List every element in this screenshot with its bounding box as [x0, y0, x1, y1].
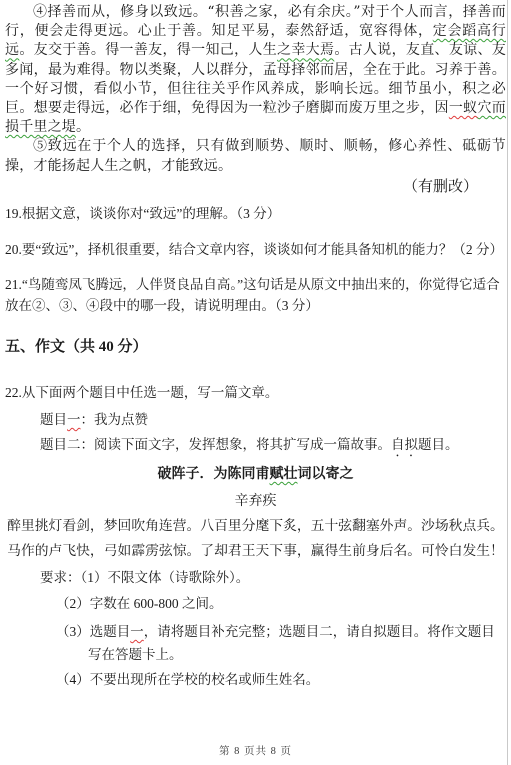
- spellcheck-red-underline: 一蚁: [449, 100, 478, 116]
- requirement-2: （2）字数在 600-800 之间。: [56, 594, 506, 614]
- spellcheck-green-underline: 赋壮: [270, 467, 298, 482]
- page-number-footer: 第 8 页共 8 页: [0, 743, 511, 758]
- poem-line-2: 马作的卢飞快，弓如霹雳弦惊。了却君王天下事，赢得生前身后名。可怜白发生！: [5, 541, 506, 561]
- poem-title: 破阵子．为陈同甫赋壮词以寄之: [5, 465, 506, 485]
- spellcheck-green-underline: 之幸大焉: [277, 42, 334, 58]
- question-21: 21.“鸟随鸾凤飞腾远，人伴贤良品自高。”这句话是从原文中抽出来的，你觉得它适合…: [5, 274, 506, 316]
- requirement-4: （4）不要出现所在学校的校名或师生姓名。: [56, 670, 506, 690]
- passage-attribution: （有删改）: [5, 178, 506, 196]
- spellcheck-red-underline: 一: [67, 412, 81, 427]
- poem-title-text: 破阵子．为陈同甫: [158, 467, 270, 482]
- question-20: 20.要“致远”，择机很重要，结合文章内容，谈谈如何才能具备知机的能力？（2 分…: [5, 240, 506, 259]
- passage-text: 。: [76, 119, 90, 135]
- composition-topic-2: 题目二：阅读下面文字，发挥想象，将其扩写成一篇故事。自拟题目。: [40, 435, 506, 460]
- spellcheck-red-underline: 一: [130, 624, 144, 639]
- section-title-composition: 五、作文（共 40 分）: [5, 337, 506, 357]
- poem-line-1: 醉里挑灯看剑，梦回吹角连营。八百里分麾下炙，五十弦翻塞外声。沙场秋点兵。: [5, 516, 506, 536]
- topic-text: ：我为点赞: [81, 412, 149, 427]
- requirement-text: ，请将题目补充完整；选题目二，请自拟题目。将作文题目写在答题卡上。: [88, 624, 495, 662]
- topic-text: 题目二：阅读下面文字，发挥想象，将其扩写成一篇故事。: [40, 437, 391, 452]
- poem-title-text: 词以寄之: [298, 467, 354, 482]
- exam-page: ④择善而从，修身以致远。“积善之家，必有余庆。”对于个人而言，择善而行，便会走得…: [0, 0, 511, 765]
- emphasis-dots-text: 自拟: [391, 437, 418, 452]
- passage-paragraph-5: ⑤致远在于个人的选择，只有做到顺势、顺时、顺畅，修心养性、砥砺节操，才能扬起人生…: [5, 137, 506, 175]
- passage-paragraph-4: ④择善而从，修身以致远。“积善之家，必有余庆。”对于个人而言，择善而行，便会走得…: [5, 3, 506, 137]
- question-22: 22.从下面两个题目中任选一题，写一篇文章。: [5, 383, 506, 403]
- requirement-1: 要求：（1）不限文体（诗歌除外）。: [40, 568, 506, 588]
- topic-text: 题目: [40, 412, 67, 427]
- passage-text: ④择善而从，修身以致远。“积善之家，必有余庆。”对于个人而言，择善而行，便会走得…: [5, 4, 506, 39]
- requirement-text: （3）选题目: [56, 624, 130, 639]
- question-19: 19.根据文意，谈谈你对“致远”的理解。（3 分）: [5, 204, 506, 223]
- topic-text: 题目。: [418, 437, 459, 452]
- poem-author: 辛弃疾: [5, 491, 506, 511]
- page-edge-line: [507, 0, 508, 765]
- composition-topic-1: 题目一：我为点赞: [40, 410, 506, 430]
- passage-text: 。友交于善。得一善友，得一知己，人生: [19, 42, 277, 58]
- requirement-3: （3）选题目一，请将题目补充完整；选题目二，请自拟题目。将作文题目写在答题卡上。: [5, 620, 506, 666]
